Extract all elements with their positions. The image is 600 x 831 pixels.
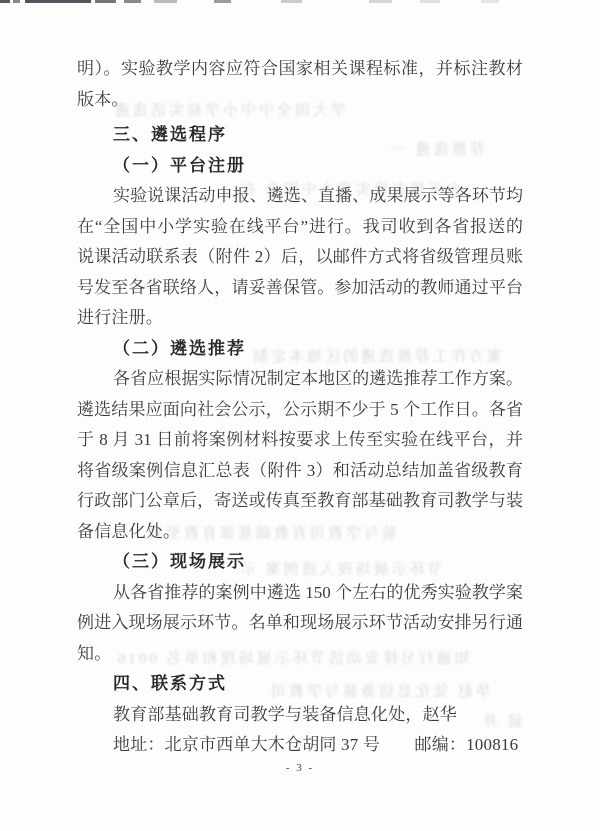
page-number: - 3 - [0,762,600,774]
subsection-heading: （三）现场展示 [77,547,523,578]
section-heading-4: 四、联系方式 [77,669,523,700]
doc-line: 版本。 [77,85,523,116]
scan-edge-artifact [0,0,600,4]
doc-line: 将省级案例信息汇总表（附件 3）和活动总结加盖省级教育 [77,456,523,487]
subsection-heading: （一）平台注册 [77,151,523,182]
doc-line: 实验说课活动申报、遴选、直播、成果展示等各环节均 [77,181,523,212]
contact-line: 教育部基础教育司教学与装备信息化处，赵华 [77,700,523,731]
doc-line: 号发至各省联络人，请妥善保管。参加活动的教师通过平台 [77,273,523,304]
doc-line: 从各省推荐的案例中遴选 150 个左右的优秀实验教学案 [77,578,523,609]
subsection-heading: （二）遴选推荐 [77,334,523,365]
section-heading-3: 三、遴选程序 [77,120,523,151]
document-text-column: 明）。实验教学内容应符合国家相关课程标准，并标注教材 版本。 三、遴选程序 （一… [77,54,523,761]
doc-line: 行政部门公章后，寄送或传真至教育部基础教育司教学与装 [77,486,523,517]
doc-line: 知。 [77,639,523,670]
doc-line: 例进入现场展示环节。名单和现场展示环节活动安排另行通 [77,608,523,639]
document-page: 学大国全中中小学验实活选遴 荐推选遴 一 台平线在验实学小中国全 在 案方作工荐… [0,0,600,831]
doc-line: 说课活动联系表（附件 2）后，以邮件方式将省级管理员账 [77,242,523,273]
doc-line: 在“全国中小学实验在线平台”进行。我司收到各省报送的 [77,212,523,243]
doc-line: 进行注册。 [77,303,523,334]
doc-line: 备信息化处。 [77,517,523,548]
doc-line: 于 8 月 31 日前将案例材料按要求上传至实验在线平台，并 [77,425,523,456]
doc-line: 各省应根据实际情况制定本地区的遴选推荐工作方案。 [77,364,523,395]
doc-line: 明）。实验教学内容应符合国家相关课程标准，并标注教材 [77,54,523,85]
address-line: 地址：北京市西单大木仓胡同 37 号 邮编：100816 [77,730,523,761]
doc-line: 遴选结果应面向社会公示，公示期不少于 5 个工作日。各省 [77,395,523,426]
